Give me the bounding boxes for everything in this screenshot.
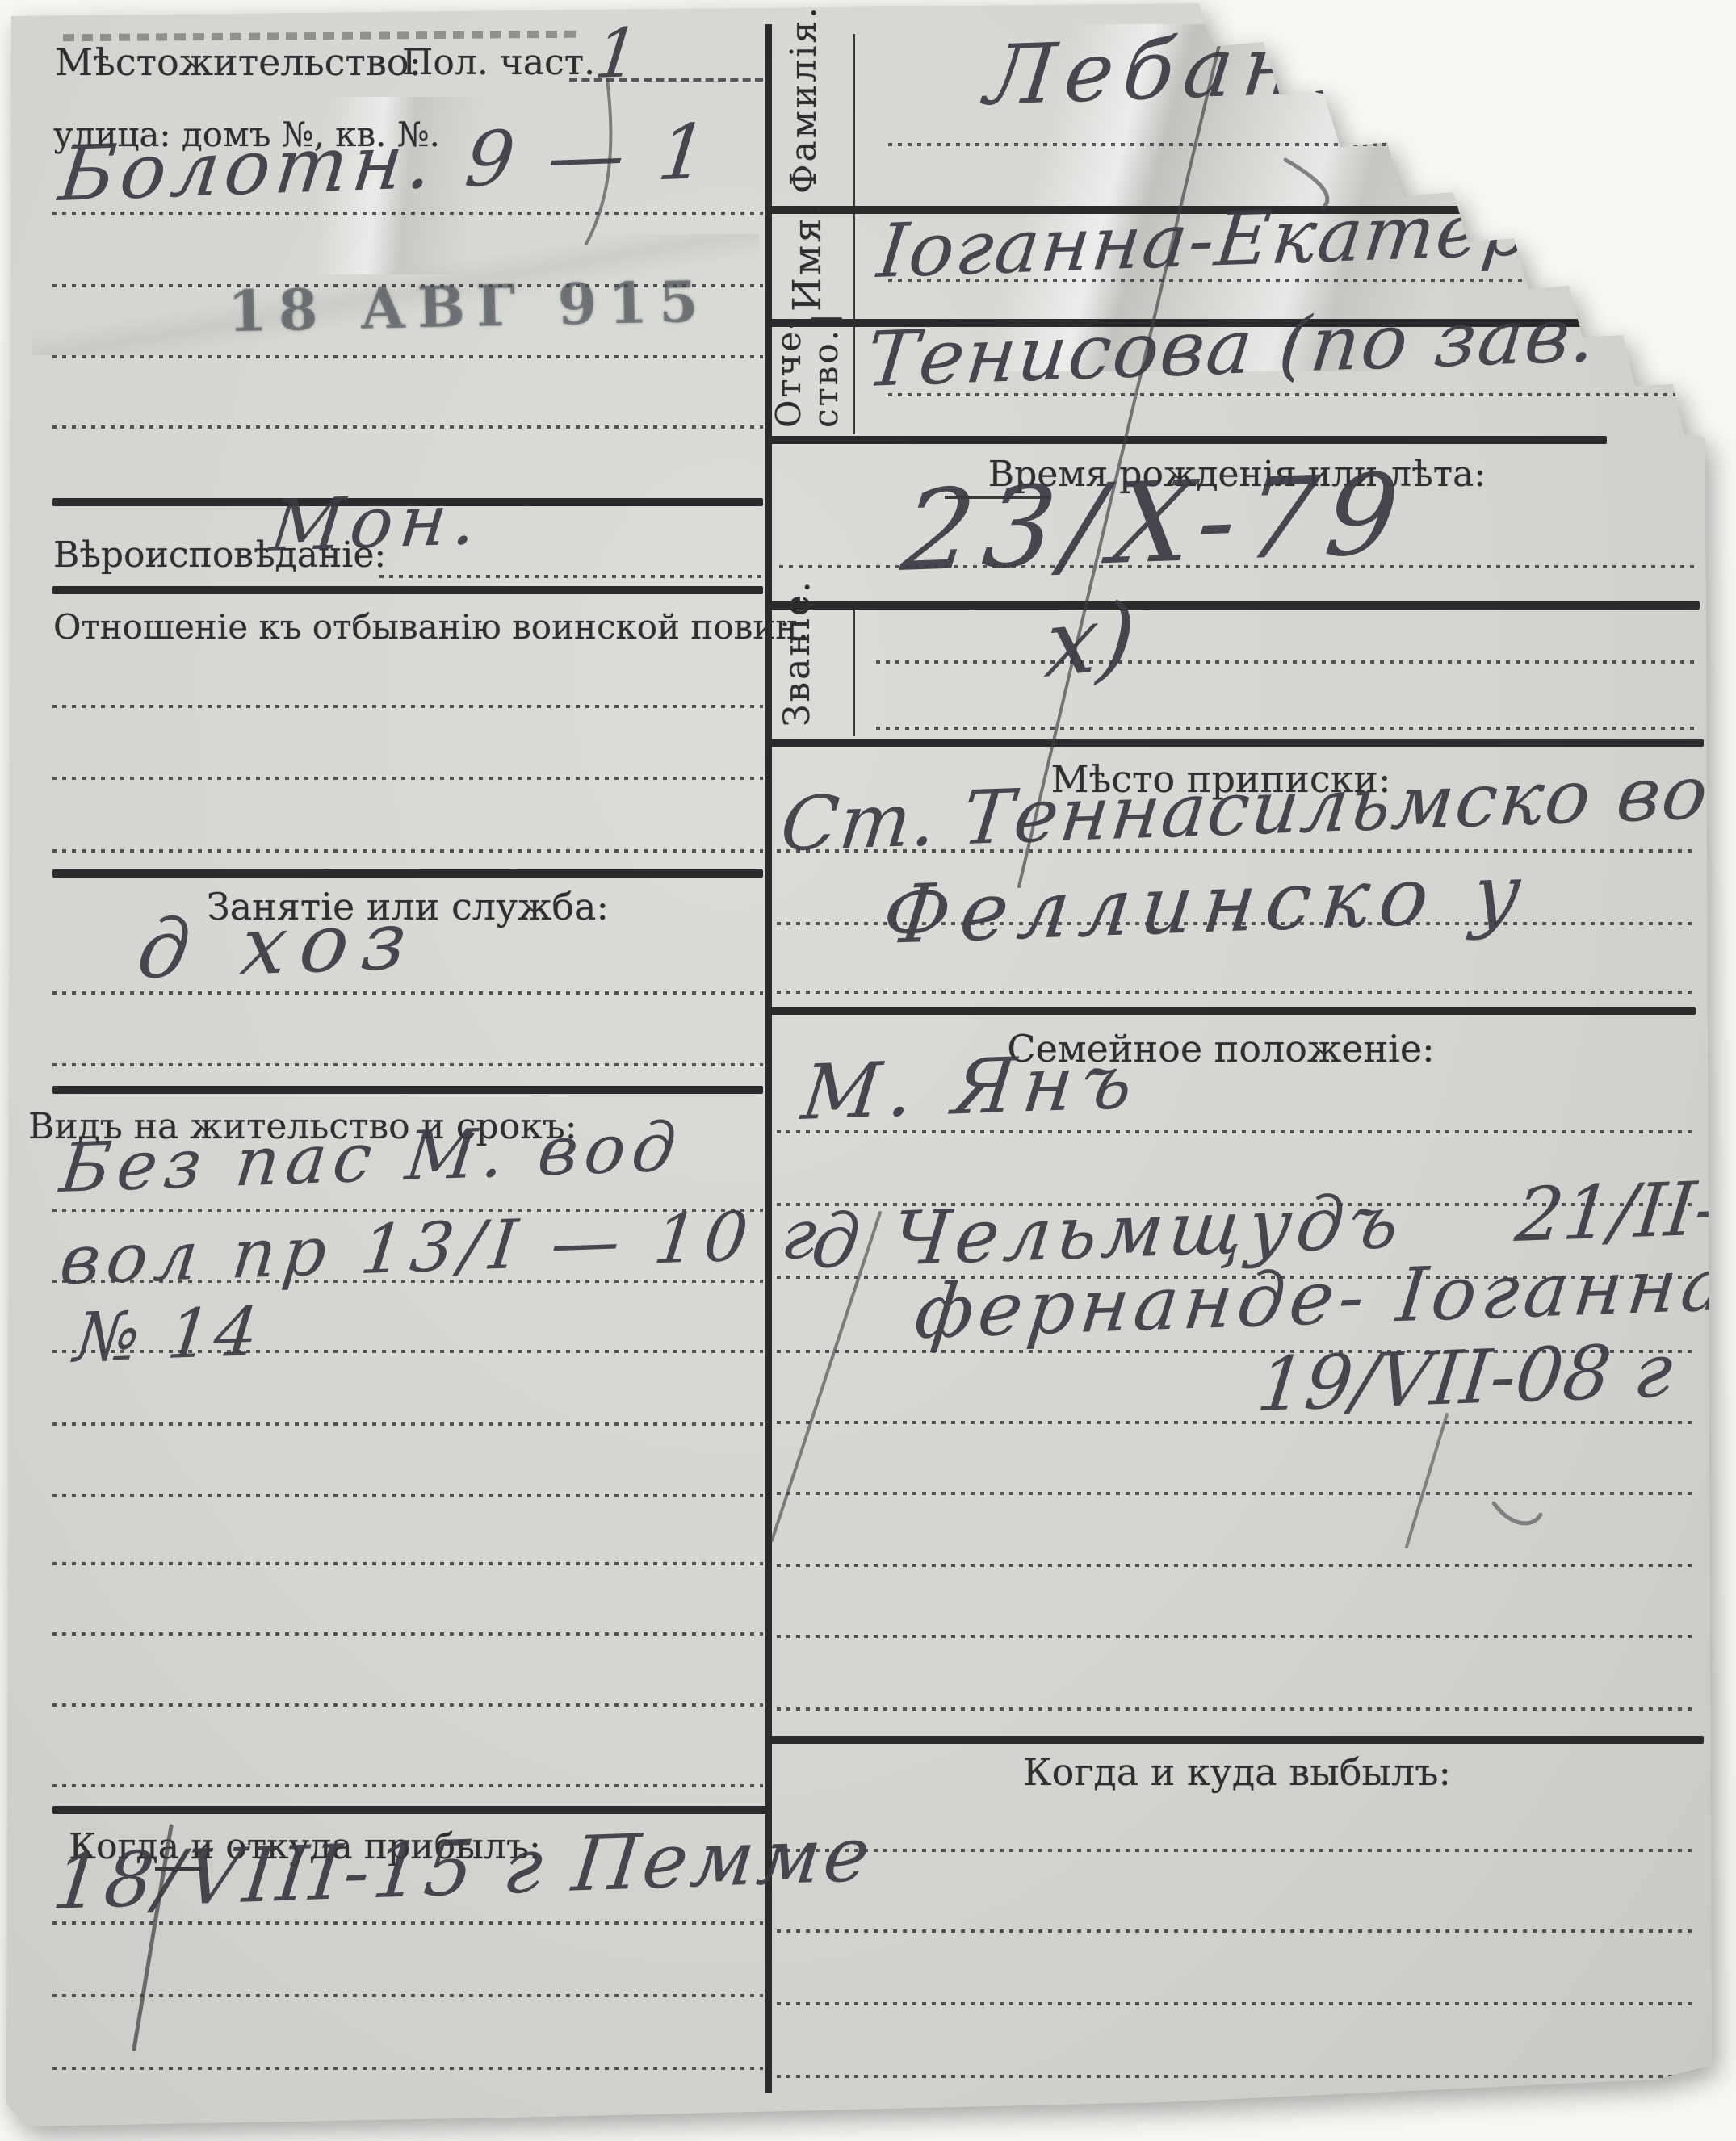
- dotted-rule: [52, 1994, 763, 1997]
- patronymic-value: Тенисова (по зав.: [862, 291, 1602, 404]
- dotted-rule: [876, 660, 1696, 664]
- rank-label: Званіе.: [777, 614, 818, 727]
- dotted-rule: [777, 1492, 1697, 1495]
- dotted-rule: [777, 1564, 1697, 1567]
- section-divider: [767, 1007, 1696, 1015]
- military-duty-label: Отношеніе къ отбыванію воинской повин.: [53, 607, 809, 647]
- surname-value: Лебане: [981, 15, 1371, 124]
- dotted-rule: [52, 705, 763, 708]
- dotted-rule: [777, 991, 1697, 994]
- dotted-rule: [777, 2002, 1697, 2005]
- section-divider: [52, 1806, 767, 1814]
- section-divider: [52, 869, 763, 878]
- dotted-rule: [777, 1421, 1697, 1424]
- label-box-rule: [853, 604, 855, 736]
- dotted-rule: [52, 1422, 763, 1426]
- section-divider: [52, 586, 763, 594]
- dotted-rule: [52, 1784, 763, 1787]
- section-divider: [767, 1736, 1704, 1744]
- family-note-date2: 19/VII-08 г: [1253, 1327, 1677, 1428]
- dotted-rule: [52, 1703, 763, 1707]
- dotted-rule: [777, 1929, 1697, 1933]
- dotted-rule: [52, 1494, 763, 1497]
- section-divider: [767, 739, 1704, 747]
- police-part-label: Пол. част.: [402, 42, 595, 83]
- section-divider: [767, 601, 1700, 610]
- date-stamp: 18 АВГ 915: [227, 268, 710, 345]
- paper: Мѣстожительство: Пол. част. улица: домъ …: [0, 0, 1736, 2141]
- paper-shadow: Мѣстожительство: Пол. част. улица: домъ …: [0, 0, 1736, 2141]
- dotted-rule: [52, 1632, 763, 1636]
- dotted-rule: [52, 425, 763, 429]
- dotted-rule: [888, 143, 1647, 146]
- rank-value: х): [1042, 582, 1139, 699]
- section-divider: [767, 436, 1607, 444]
- dotted-rule: [52, 849, 763, 853]
- family-status-value: М. Янъ: [798, 1038, 1145, 1138]
- occupation-value: д хоз: [133, 893, 424, 997]
- dotted-rule: [777, 2075, 1697, 2078]
- police-part-value: 1: [591, 13, 643, 94]
- dotted-rule: [52, 2067, 763, 2070]
- section-divider: [52, 1086, 763, 1094]
- dotted-rule: [777, 1707, 1697, 1711]
- dotted-rule: [379, 575, 763, 578]
- dotted-rule: [52, 1063, 763, 1066]
- registration-value-line2: Феллинско у: [878, 845, 1535, 962]
- departed-label: Когда и куда выбылъ:: [777, 1750, 1697, 1794]
- label-box-rule: [853, 34, 855, 434]
- dotted-rule: [876, 727, 1696, 730]
- patronymic-label-line1: Отче-: [769, 323, 808, 428]
- dotted-rule: [777, 1635, 1697, 1638]
- dotted-rule: [52, 1562, 763, 1565]
- dotted-rule: [52, 355, 763, 358]
- surname-label: Фамилія.: [783, 40, 824, 194]
- first-name-value: Іоганна-Екатерина: [874, 181, 1683, 295]
- scanned-registration-card: Мѣстожительство: Пол. част. улица: домъ …: [0, 0, 1736, 2141]
- birth-value: 23/X-79: [896, 449, 1414, 597]
- patronymic-label-line2: ство.]: [806, 323, 845, 428]
- dotted-rule: [777, 1849, 1697, 1852]
- religion-value: Мон.: [266, 477, 487, 568]
- permit-value-line3: № 14: [71, 1292, 265, 1377]
- residence-label: Мѣстожительство:: [55, 40, 421, 84]
- first-name-label: Имя.: [785, 215, 830, 312]
- dotted-rule: [52, 777, 763, 780]
